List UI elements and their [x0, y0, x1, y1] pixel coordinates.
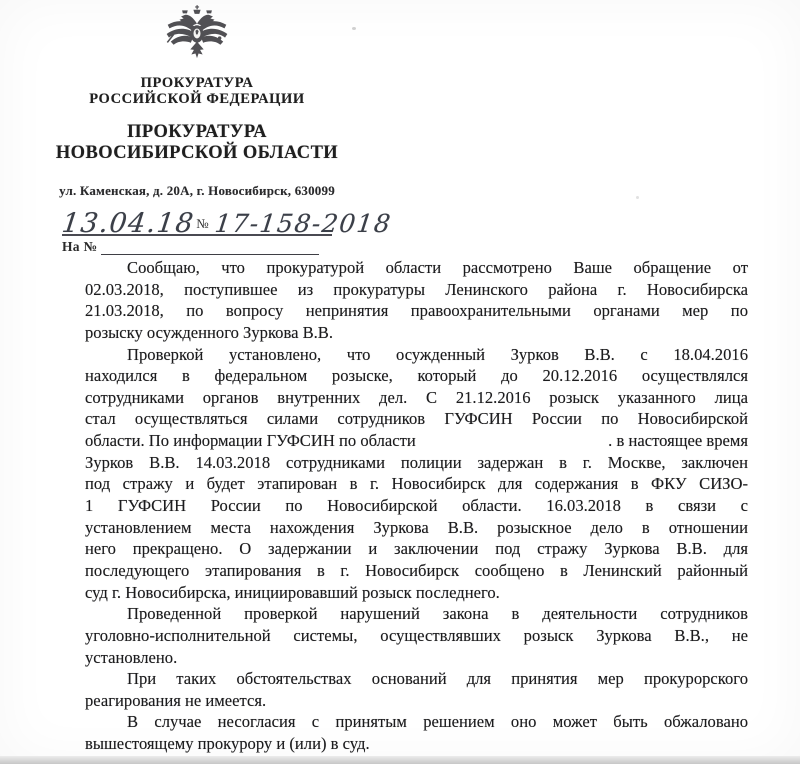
- body-line: В случае несогласия с принятым решением …: [85, 711, 748, 733]
- reply-number-label: На №: [62, 239, 97, 255]
- reply-number-row: На №: [62, 239, 319, 255]
- gap-line-left: области. По информации ГУФСИН по области: [85, 430, 416, 452]
- body-line: находился в федеральном розыске, который…: [85, 365, 748, 387]
- date-number-row: 13.04.18 № 17-158-2018: [62, 194, 332, 236]
- body-line: Зурков В.В. 14.03.2018 сотрудниками поли…: [85, 452, 748, 474]
- body-line: 21.03.2018, по вопросу непринятия правоо…: [85, 300, 748, 322]
- body-line: него прекращено. О задержании и заключен…: [85, 538, 748, 560]
- reply-number-blank-line: [101, 242, 319, 255]
- russian-coat-of-arms-icon: [161, 4, 233, 66]
- body-line: реагирования не имеется.: [85, 690, 748, 712]
- org-federation-line1: ПРОКУРАТУРА: [0, 75, 394, 91]
- number-sign: №: [196, 216, 208, 232]
- org-federation-line2: РОССИЙСКОЙ ФЕДЕРАЦИИ: [0, 91, 394, 107]
- scan-speck: [352, 27, 356, 30]
- body-line: суд г. Новосибирска, инициировавший розы…: [85, 582, 748, 604]
- body-line: стал осуществляться силами сотрудников Г…: [85, 408, 748, 430]
- body-line: сотрудниками органов внутренних дел. С 2…: [85, 387, 748, 409]
- body-line: последующего этапирования в г. Новосибир…: [85, 560, 748, 582]
- letterhead: ПРОКУРАТУРА РОССИЙСКОЙ ФЕДЕРАЦИИ ПРОКУРА…: [0, 4, 394, 199]
- body-line-with-redacted-gap: области. По информации ГУФСИН по области…: [85, 430, 748, 452]
- gap-line-right: . в настоящее время: [608, 430, 748, 452]
- handwritten-date: 13.04.18: [60, 211, 195, 237]
- body-line: Сообщаю, что прокуратурой области рассмо…: [85, 257, 748, 279]
- body-line: установлено.: [85, 647, 748, 669]
- scanned-document-page: ПРОКУРАТУРА РОССИЙСКОЙ ФЕДЕРАЦИИ ПРОКУРА…: [0, 0, 800, 764]
- body-line: установлением места нахождения Зуркова В…: [85, 517, 748, 539]
- body-line: 1 ГУФСИН России по Новосибирской области…: [85, 495, 748, 517]
- body-line: Проведенной проверкой нарушений закона в…: [85, 603, 748, 625]
- handwritten-doc-number: 17-158-2018: [213, 212, 392, 236]
- body-line: При таких обстоятельствах оснований для …: [85, 668, 748, 690]
- scan-bottom-edge: [0, 756, 800, 764]
- body-line: под стражу и будет этапирован в г. Новос…: [85, 473, 748, 495]
- body-line: вышестоящему прокурору и (или) в суд.: [85, 733, 748, 755]
- org-federation-name: ПРОКУРАТУРА РОССИЙСКОЙ ФЕДЕРАЦИИ: [0, 75, 394, 107]
- body-line: розыску осужденного Зуркова В.В.: [85, 322, 748, 344]
- body-line: уголовно-исполнительной системы, осущест…: [85, 625, 748, 647]
- letter-body: Сообщаю, что прокуратурой области рассмо…: [85, 257, 748, 755]
- org-regional-line1: ПРОКУРАТУРА: [0, 122, 394, 143]
- scan-speck: [636, 196, 639, 199]
- body-line: Проверкой установлено, что осужденный Зу…: [85, 344, 748, 366]
- org-regional-line2: НОВОСИБИРСКОЙ ОБЛАСТИ: [0, 143, 394, 164]
- org-regional-name: ПРОКУРАТУРА НОВОСИБИРСКОЙ ОБЛАСТИ: [0, 122, 394, 164]
- body-line: 02.03.2018, поступившее из прокуратуры Л…: [85, 279, 748, 301]
